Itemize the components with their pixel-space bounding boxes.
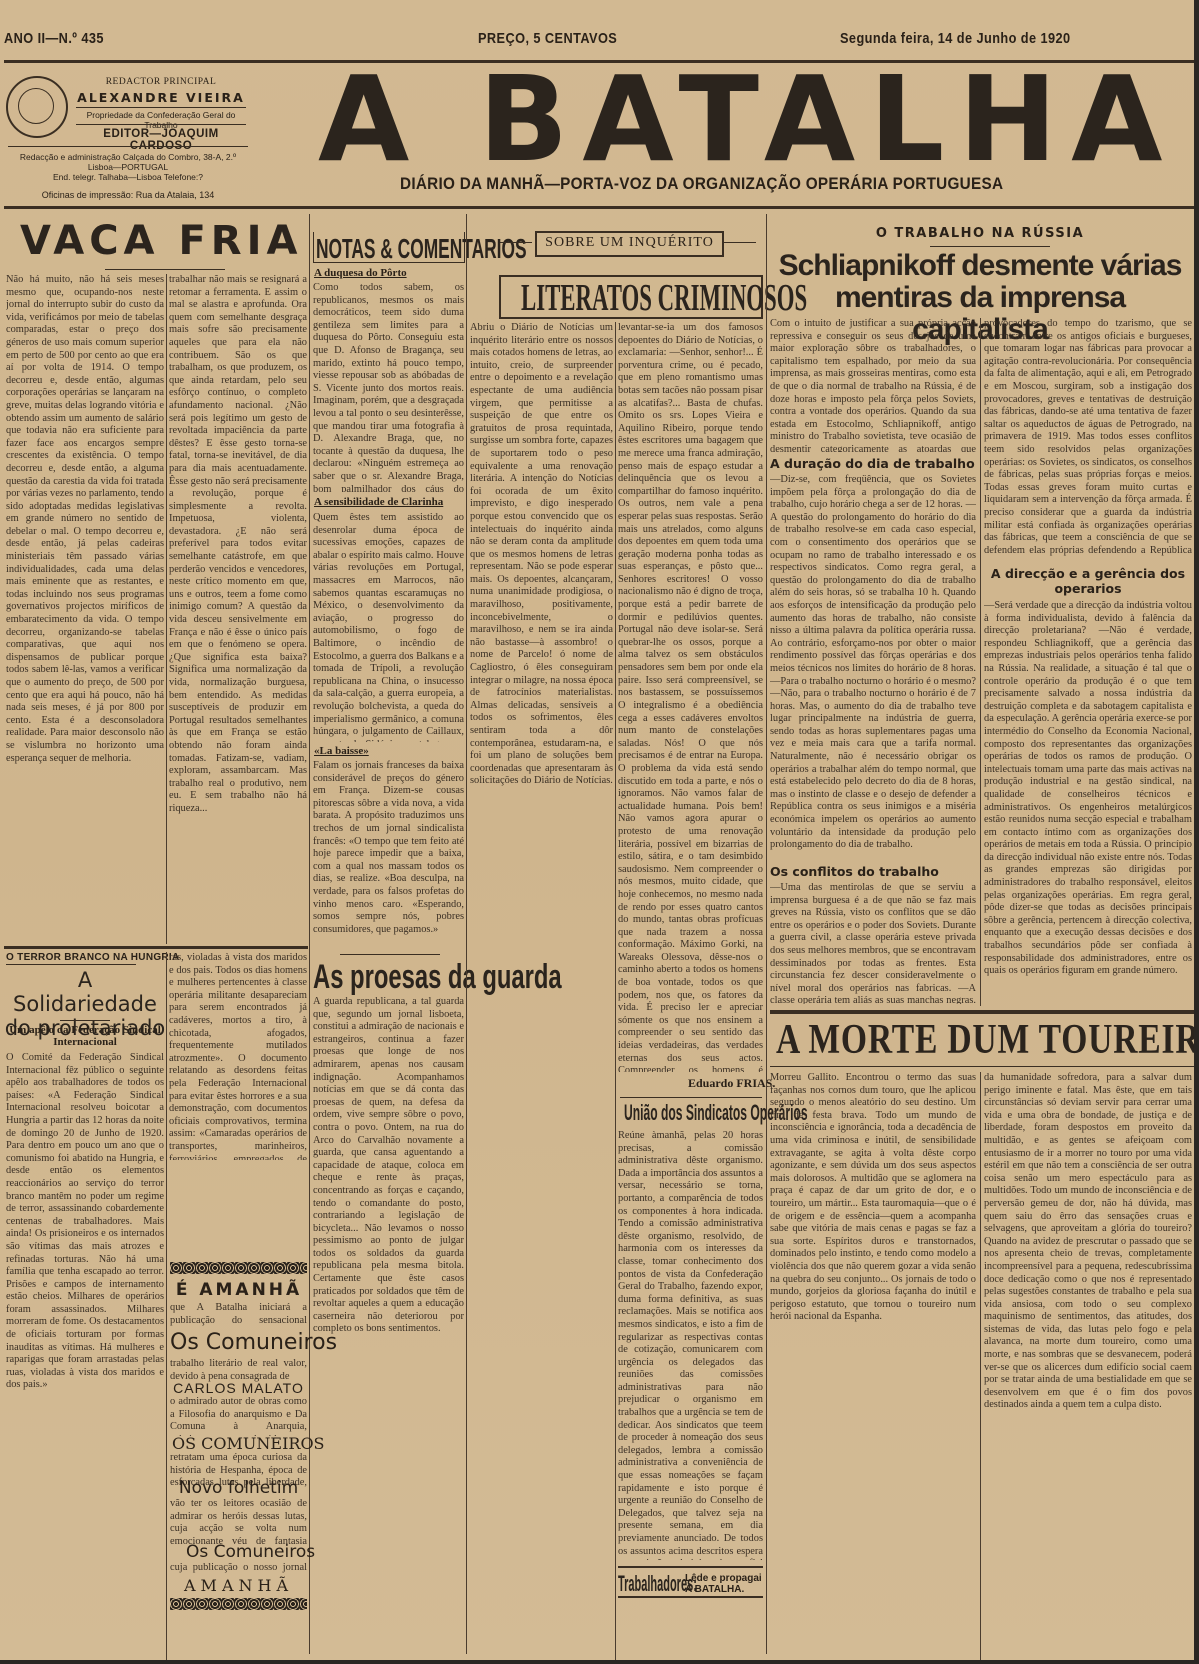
amanha-footer: AMANHÃ [170, 1576, 307, 1595]
redactor-label: REDACTOR PRINCIPAL [76, 76, 246, 88]
literatos-kicker: SOBRE UM INQUÉRITO [535, 235, 724, 251]
ornament-border-top [170, 1262, 307, 1274]
notas-item2-head: A sensibilidade de Clarinha [314, 496, 443, 508]
literatos-signature: Eduardo FRIAS. [688, 1076, 775, 1091]
amanha-novel-title: Os Comuneiros [170, 1330, 337, 1355]
amanha-line1: que A Batalha iniciará a publicação do s… [170, 1302, 307, 1328]
amanha-serial: Novo folhetim [170, 1478, 307, 1498]
toureiro-title: A MORTE DUM TOUREIRO [776, 1016, 1199, 1064]
proesas-text: A guarda republicana, a tal guarda que, … [313, 996, 464, 1658]
literatos-col3: O integralismo é a obediência cega a ess… [618, 700, 763, 1072]
russia-intro: Com o intuito de justificar a sua própri… [770, 318, 976, 452]
date: Segunda feira, 14 de Junho de 1920 [840, 30, 1071, 47]
literatos-col1: Abriu o Diário de Notícias um inquérito … [470, 322, 613, 1082]
amanha-line5: vão ter os leitores ocasião de admirar o… [170, 1498, 307, 1548]
toureiro-col1: Morreu Gallito. Encontrou o termo das su… [770, 1072, 976, 1658]
promo-text: Lêde e propagai A BATALHA. [685, 1573, 765, 1595]
redactor-name: ALEXANDRE VIEIRA [76, 90, 246, 105]
vaca-fria-title: VACA FRIA [20, 218, 302, 264]
print-shop: Oficinas de impressão: Rua da Atalaia, 1… [8, 190, 248, 200]
vaca-fria-col2: trabalhar não mais se resignará a retoma… [169, 274, 307, 942]
scan-edge [1194, 0, 1199, 1664]
hungria-kicker: O TERROR BRANCO NA HUNGRIA [6, 952, 180, 963]
uniao-text: Reúne àmanhã, pelas 20 horas precisas, a… [618, 1130, 763, 1560]
literatos-col2: levantar-se-ia um dos famosos depoentes … [618, 322, 763, 697]
price: PREÇO, 5 CENTAVOS [478, 30, 617, 47]
masthead-subtitle: DIÁRIO DA MANHÃ—PORTA-VOZ DA ORGANIZAÇÃO… [400, 174, 1003, 194]
notas-section-title: NOTAS & COMENTARIOS [316, 233, 527, 265]
notas-item1-head: A duquesa do Pôrto [314, 267, 407, 279]
notas-item1-text: Como todos sabem, os republicanos, mesmo… [313, 282, 464, 492]
russia-sub3: A direcção e a gerência dos operarios [984, 566, 1192, 596]
scan-bottom-edge [0, 1660, 1199, 1664]
amanha-novel-title-caps: OS COMUNEIROS [172, 1434, 325, 1453]
amanha-title: É AMANHÃ [169, 1280, 309, 1300]
hungria-subtitle: Um apêlo da Federação Sindical Internaci… [4, 1024, 166, 1048]
russia-col2-text: provocadores do tempo do tzarismo, que s… [984, 318, 1192, 558]
russia-sub1-text: —Diz-se, com freqüência, que os Sovietes… [770, 474, 976, 859]
literatos-col1-continued [470, 1086, 613, 1660]
issue-number: ANO II—N.º 435 [4, 30, 104, 47]
literatos-title: LITERATOS CRIMINOSOS [521, 276, 807, 320]
amanha-author: CARLOS MALATO [170, 1380, 307, 1396]
amanha-line3: o admirado autor de obras como a Filosof… [170, 1396, 307, 1436]
russia-sub2: Os conflitos do trabalho [770, 864, 939, 879]
masthead-rule [4, 206, 1194, 209]
property-line: Propriedade da Confederação Geral do Tra… [76, 110, 246, 130]
masthead-title: A BATALHA [318, 60, 1176, 178]
editor-line: EDITOR—JOAQUIM CARDOSO [76, 128, 246, 152]
address-block: Redacção e administração Calçada do Comb… [8, 152, 248, 182]
notas-item3-text: Falam os jornais franceses da baixa cons… [313, 760, 464, 950]
cgt-seal-icon [6, 76, 68, 138]
amanha-line6: cuja publicação o nosso jornal iniciará [170, 1562, 307, 1576]
hungria-col2: ras, violadas à vista dos maridos e dos … [169, 952, 307, 1160]
toureiro-col2: da humanidade sofredora, para a salvar d… [984, 1072, 1192, 1658]
vaca-fria-col1: Não há muito, não há seis meses mesmo qu… [6, 274, 164, 942]
notas-item2-text: Quem êstes tem assistido ao desenrolar d… [313, 512, 464, 742]
russia-sub1: A duração do dia de trabalho [770, 456, 975, 471]
amanha-novel-title-2: Os Comuneiros [186, 1542, 315, 1562]
hungria-col1: O Comité da Federação Sindical Internaci… [6, 1052, 164, 1660]
ornament-border-bottom [170, 1598, 307, 1610]
newspaper-page: ANO II—N.º 435 PREÇO, 5 CENTAVOS Segunda… [0, 0, 1199, 1664]
russia-sub3-text: —Será verdade que a direcção da indústri… [984, 600, 1192, 1005]
russia-sub2-text: —Uma das mentirolas de que se serviu a i… [770, 882, 976, 1004]
russia-kicker: O TRABALHO NA RÚSSIA [770, 226, 1190, 241]
notas-item3-head: «La baisse» [314, 745, 369, 757]
